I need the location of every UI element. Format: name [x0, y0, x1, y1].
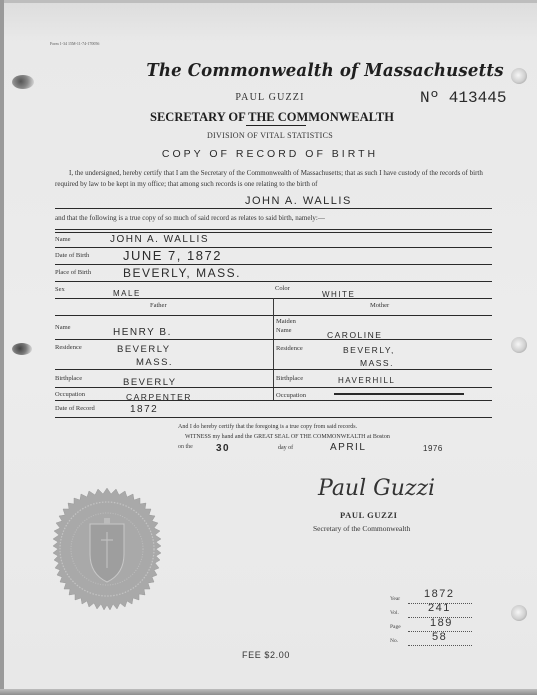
ref-page-value: 189: [430, 617, 453, 629]
row-rule: [55, 369, 492, 370]
great-seal-icon: [44, 488, 170, 614]
day-of-label: day of: [278, 445, 293, 451]
father-name-value: Henry B.: [113, 327, 172, 338]
pob-value: Beverly, Mass.: [123, 266, 241, 280]
ref-vol-label: Vol.: [390, 610, 399, 616]
table-top-rule-2: [55, 232, 492, 233]
ref-no-label: No.: [390, 638, 398, 644]
certificate-number: Nº 413445: [420, 89, 506, 107]
witness-line: WITNESS my hand and the GREAT SEAL OF TH…: [185, 434, 390, 440]
mother-residence-line2: Mass.: [360, 358, 394, 368]
year-value: 1976: [423, 444, 443, 453]
punch-hole-icon: [511, 605, 527, 621]
punch-hole-icon: [511, 337, 527, 353]
header-title: The Commonwealth of Massachusetts: [146, 60, 408, 81]
father-occupation-label: Occupation: [55, 391, 85, 398]
mother-residence-line1: Beverly,: [343, 345, 395, 355]
certification-text: I, the undersigned, hereby certify that …: [55, 169, 483, 188]
mother-birthplace-label: Birthplace: [276, 375, 303, 382]
row-rule: [55, 400, 492, 401]
subject-name: John A. Wallis: [245, 195, 352, 207]
punch-hole-icon: [12, 75, 34, 89]
mother-occupation-label: Occupation: [276, 392, 306, 399]
office-title: SECRETARY OF THE COMMONWEALTH: [150, 110, 390, 125]
dob-label: Date of Birth: [55, 252, 89, 259]
date-of-record-label: Date of Record: [55, 405, 95, 412]
row-rule: [55, 387, 492, 388]
following-text: and that the following is a true copy of…: [55, 214, 325, 222]
signer-name: PAUL GUZZI: [340, 510, 398, 520]
signature: Paul Guzzi: [318, 476, 435, 501]
row-rule: [55, 264, 492, 265]
row-rule: [55, 247, 492, 248]
father-birthplace-label: Birthplace: [55, 375, 82, 382]
color-label: Color: [275, 285, 290, 292]
ref-vol-value: 241: [428, 602, 451, 614]
father-name-label: Name: [55, 324, 71, 331]
day-value: 30: [216, 443, 230, 454]
father-header: Father: [150, 302, 167, 309]
sex-label: Sex: [55, 286, 65, 293]
officer-name: PAUL GUZZI: [200, 92, 340, 103]
certification-paragraph: I, the undersigned, hereby certify that …: [55, 168, 490, 189]
subject-name-line: [55, 208, 492, 209]
signer-title: Secretary of the Commonwealth: [313, 524, 410, 533]
name-label: Name: [55, 236, 71, 243]
mother-birthplace-value: Haverhill: [338, 376, 395, 385]
page-top-edge: [0, 0, 537, 3]
page-bottom-edge: [0, 689, 537, 695]
ref-no-value: 58: [432, 631, 447, 643]
punch-hole-icon: [12, 343, 32, 355]
form-number: Form 1-34 15M-11-74-170056: [50, 41, 99, 46]
mother-residence-label: Residence: [276, 345, 303, 352]
mother-maiden-label-1: Maiden: [276, 318, 296, 325]
mother-header: Mother: [370, 302, 389, 309]
page-left-edge: [0, 0, 4, 695]
sex-value: Male: [113, 289, 141, 298]
fee-text: FEE $2.00: [242, 650, 290, 660]
mother-maiden-label-2: Name: [276, 327, 292, 334]
punch-hole-icon: [511, 68, 527, 84]
date-of-record-value: 1872: [130, 404, 158, 415]
pob-label: Place of Birth: [55, 269, 91, 276]
table-bottom-rule: [55, 417, 492, 418]
father-residence-label: Residence: [55, 344, 82, 351]
month-value: April: [330, 442, 366, 453]
dob-value: June 7, 1872: [123, 248, 222, 263]
father-residence-line2: Mass.: [136, 357, 173, 368]
father-residence-line1: Beverly: [117, 344, 171, 355]
table-top-rule: [55, 229, 492, 230]
ref-page-label: Page: [390, 624, 401, 630]
mother-occupation-blank: [334, 393, 464, 395]
row-rule: [55, 281, 492, 282]
column-divider: [273, 298, 274, 400]
office-title-underline: [246, 125, 306, 126]
division-name: DIVISION OF VITAL STATISTICS: [175, 131, 365, 140]
ref-year-label: Year: [390, 596, 400, 602]
row-rule: [55, 339, 492, 340]
ref-no-line: [408, 645, 472, 646]
name-value: John A. Wallis: [110, 234, 209, 245]
certify-line: And I do hereby certify that the foregoi…: [178, 424, 357, 430]
ref-year-value: 1872: [424, 588, 454, 600]
record-type-title: COPY OF RECORD OF BIRTH: [140, 148, 400, 160]
birth-certificate-page: Form 1-34 15M-11-74-170056 The Commonwea…: [0, 0, 537, 695]
on-the-label: on the: [178, 444, 193, 450]
